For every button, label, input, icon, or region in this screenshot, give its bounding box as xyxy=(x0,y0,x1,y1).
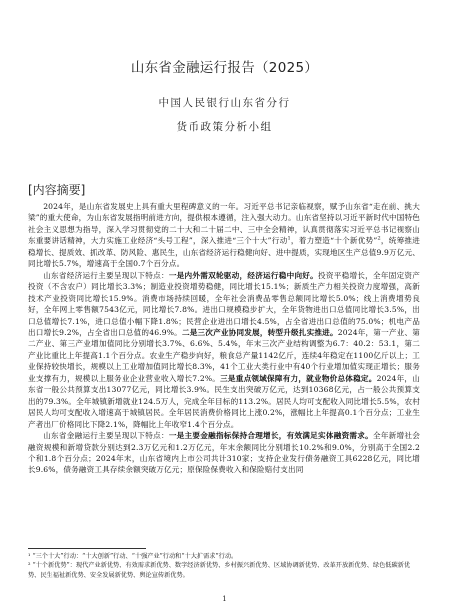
report-title: 山东省金融运行报告（2025） xyxy=(0,56,449,76)
paragraph-economy: 山东省经济运行主要呈现以下特点：一是内外需双轮驱动，经济运行稳中向好。投资平稳增… xyxy=(28,270,420,430)
key-point-3: 三是重点领域保障有力，就业物价总体稳定。 xyxy=(220,374,376,383)
section-heading-summary: [内容摘要] xyxy=(28,181,85,198)
footnote-1: ¹ “三个十大”行动：“十大创新”行动、“十强产业”行动和“十大扩需求”行动。 xyxy=(28,552,418,561)
page-number: 1 xyxy=(0,595,449,603)
issuing-group: 货币政策分析小组 xyxy=(0,119,449,134)
key-point-2: 二是三次产业协同发展，转型升级扎实推进。 xyxy=(182,328,338,337)
issuing-organization: 中国人民银行山东省分行 xyxy=(0,95,449,110)
key-point-1: 一是主要金融指标保持合理增长，有效满足实体融资需求。 xyxy=(169,431,373,440)
paragraph-text: ，着力塑造“十个新优势” xyxy=(291,236,378,245)
key-point-1: 一是内外需双轮驱动，经济运行稳中向好。 xyxy=(169,271,318,280)
paragraph-overview: 2024年，是山东省发展史上具有重大里程碑意义的一年。习近平总书记亲临视察，赋予… xyxy=(28,201,420,270)
paragraph-intro: 山东省金融运行主要呈现以下特点： xyxy=(43,431,169,440)
paragraph-intro: 山东省经济运行主要呈现以下特点： xyxy=(43,271,169,280)
footnote-2: ² “十个新优势”：现代产业新优势、有效需求新优势、数字经济新优势、乡村振兴新优… xyxy=(28,561,418,580)
footnotes: ¹ “三个十大”行动：“十大创新”行动、“十强产业”行动和“十大扩需求”行动。 … xyxy=(28,552,418,580)
paragraph-finance: 山东省金融运行主要呈现以下特点：一是主要金融指标保持合理增长，有效满足实体融资需… xyxy=(28,430,420,476)
summary-body: 2024年，是山东省发展史上具有重大里程碑意义的一年。习近平总书记亲临视察，赋予… xyxy=(28,201,420,476)
footnote-divider xyxy=(28,548,146,549)
